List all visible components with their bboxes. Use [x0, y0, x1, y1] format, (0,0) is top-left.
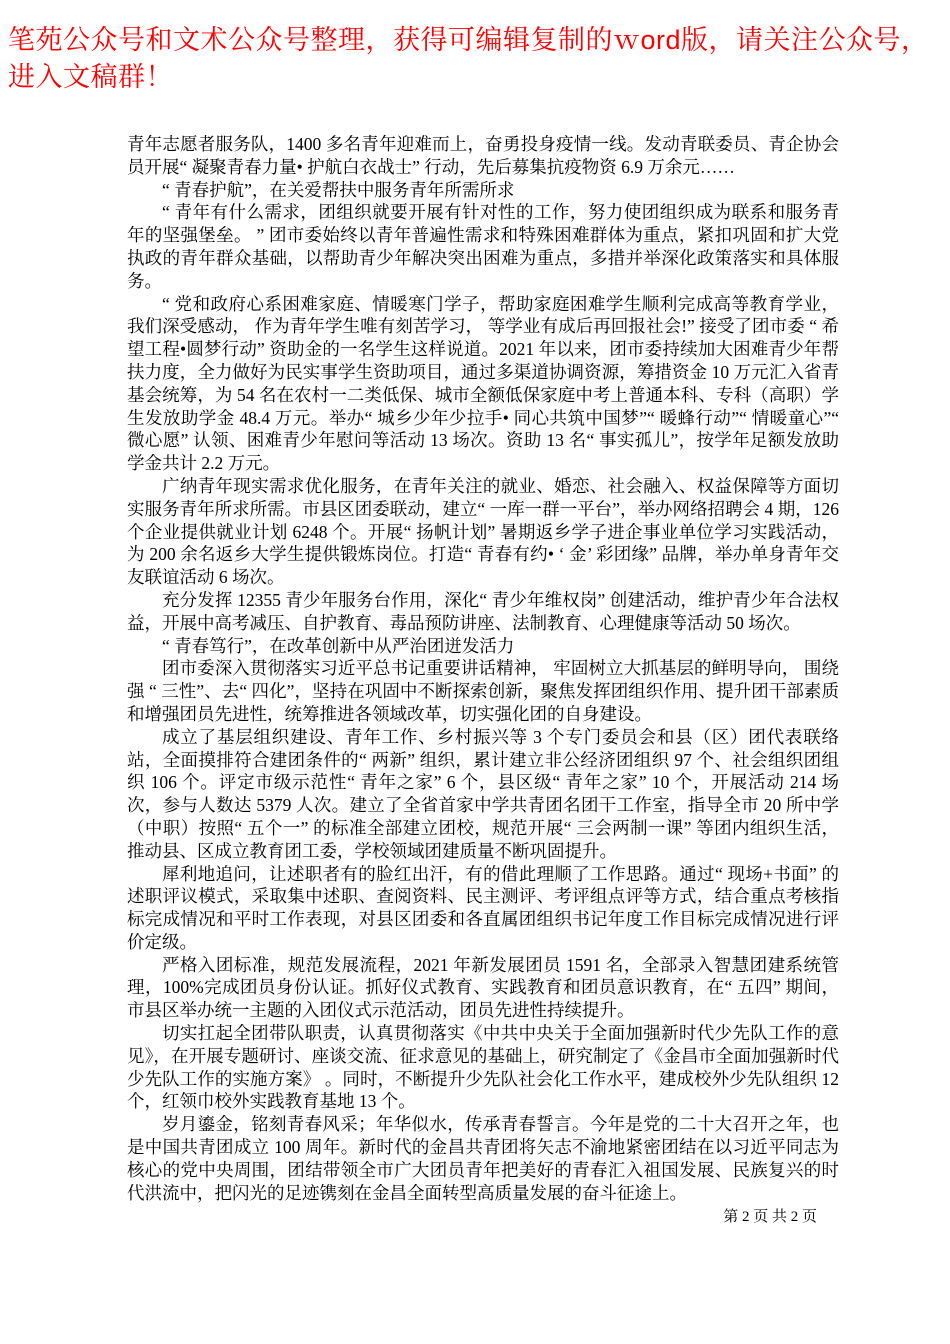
body-paragraph: “ 党和政府心系困难家庭、情暖寒门学子，帮助家庭困难学生顺利完成高等教育学业，我…: [127, 293, 839, 475]
section-heading-paragraph: “ 青春护航”，在关爱帮扶中服务青年所需所求: [127, 179, 839, 202]
body-paragraph: 广纳青年现实需求优化服务，在青年关注的就业、婚恋、社会融入、权益保障等方面切实服…: [127, 475, 839, 589]
body-paragraph: 充分发挥 12355 青少年服务台作用，深化“ 青少年维权岗” 创建活动，维护青…: [127, 589, 839, 635]
body-paragraph: 岁月鎏金，铭刻青春风采；年华似水，传承青春誓言。今年是党的二十大召开之年，也是中…: [127, 1113, 839, 1204]
body-paragraph: 严格入团标准，规范发展流程，2021 年新发展团员 1591 名，全部录入智慧团…: [127, 954, 839, 1022]
body-paragraph: 团市委深入贯彻落实习近平总书记重要讲话精神， 牢固树立大抓基层的鲜明导向， 围绕…: [127, 657, 839, 725]
body-paragraph: 切实扛起全团带队职责，认真贯彻落实《中共中央关于全面加强新时代少先队工作的意见》…: [127, 1022, 839, 1113]
notice-banner: 笔苑公众号和文术公众号整理，获得可编辑复制的ｗord版，请关注公众号，进入文稿群…: [8, 22, 944, 96]
section-heading-paragraph: “ 青春笃行”，在改革创新中从严治团迸发活力: [127, 635, 839, 658]
page-number: 第 2 页 共 2 页: [127, 1206, 817, 1228]
body-paragraph: 犀利地追问，让述职者有的脸红出汗，有的借此理顺了工作思路。通过“ 现场+书面” …: [127, 863, 839, 954]
document-body: 青年志愿者服务队，1400 多名青年迎难而上，奋勇投身疫情一线。发动青联委员、青…: [127, 133, 839, 1204]
body-paragraph: 青年志愿者服务队，1400 多名青年迎难而上，奋勇投身疫情一线。发动青联委员、青…: [127, 133, 839, 179]
body-paragraph: 成立了基层组织建设、青年工作、乡村振兴等 3 个专门委员会和县（区）团代表联络站…: [127, 726, 839, 863]
body-paragraph: “ 青年有什么需求，团组织就要开展有针对性的工作，努力使团组织成为联系和服务青年…: [127, 201, 839, 292]
document-page: 笔苑公众号和文术公众号整理，获得可编辑复制的ｗord版，请关注公众号，进入文稿群…: [0, 0, 950, 1344]
